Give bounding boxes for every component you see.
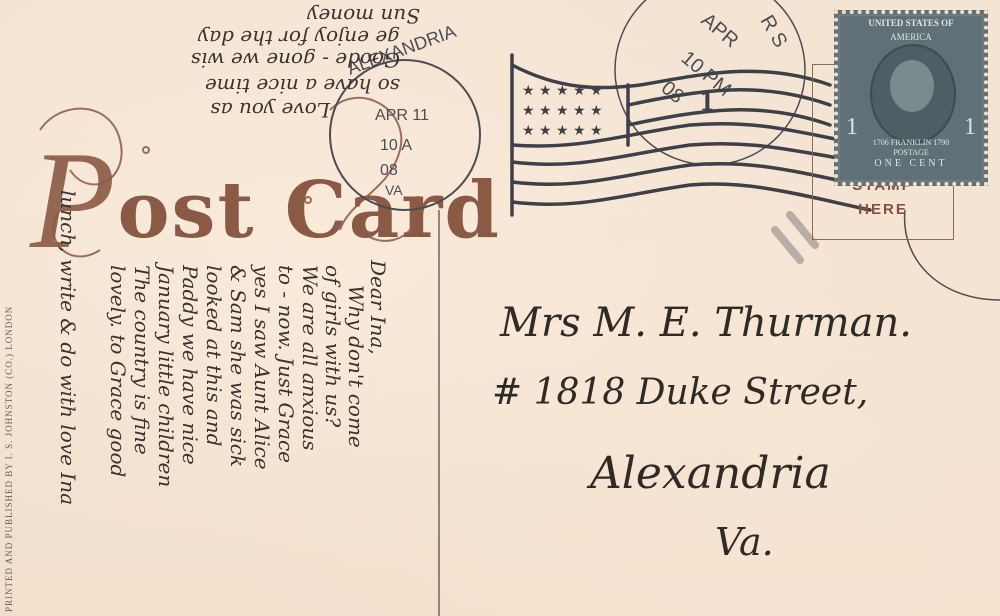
message-line: yes I saw Aunt Alice (250, 265, 274, 470)
stamp-box-line2: HERE (813, 201, 953, 218)
message-line: of girls with us? (321, 265, 345, 427)
svg-text:★ ★ ★ ★ ★: ★ ★ ★ ★ ★ (522, 103, 603, 119)
message-line: Why don't come (344, 285, 368, 448)
svg-text:APR: APR (697, 9, 743, 52)
message-salutation: Dear Ina, (366, 260, 390, 355)
message-line: to - now. Just Grace (274, 265, 298, 463)
message-upside-line: Sun money (307, 4, 420, 28)
postcard-back: Post Card ALEXANDRIA APR 11 10 A 08 VA (0, 0, 1000, 616)
message-upside-line: Goode - gone we wis (191, 48, 400, 72)
postmark-date-3: 08 (380, 162, 398, 179)
postage-stamp: UNITED STATES OF AMERICA 1 1 1706 FRANKL… (834, 10, 988, 186)
postmark-date-1: APR 11 (375, 107, 429, 124)
message-line: Paddy we have nice (178, 265, 202, 465)
message-line: lovely. to Grace good (106, 265, 130, 477)
message-line: lunch, write & do with love Ina (56, 190, 80, 505)
publisher-imprint: PRINTED AND PUBLISHED BY I. S. JOHNSTON … (4, 306, 14, 612)
stamp-denomination-right: 1 (964, 114, 976, 141)
postmark-date-4: VA (385, 182, 403, 198)
stamp-value: ONE CENT (848, 158, 974, 169)
svg-text:★ ★ ★ ★ ★: ★ ★ ★ ★ ★ (522, 123, 603, 139)
message-line: & Sam she was sick (226, 265, 250, 467)
flag-number: 1 (700, 86, 714, 117)
flag-stars-icon: ★ ★ ★ ★ ★ ★ ★ ★ ★ ★ ★ ★ ★ ★ ★ (522, 83, 603, 139)
address-line-1: Mrs M. E. Thurman. (500, 300, 912, 346)
message-upside-line: ge enjoy for the day (198, 26, 400, 50)
message-line: The country is fine (130, 265, 154, 455)
stamp-country: UNITED STATES OF (846, 18, 976, 28)
center-divider (438, 210, 440, 616)
stamp-portrait-name: 1706 FRANKLIN 1790 (852, 138, 970, 147)
address-line-3: Alexandria (590, 448, 831, 499)
message-upside-line: Love you as (210, 98, 330, 122)
svg-text:★ ★ ★ ★ ★: ★ ★ ★ ★ ★ (522, 83, 603, 99)
stamp-denomination-left: 1 (846, 114, 858, 141)
address-line-2: # 1818 Duke Street, (492, 372, 868, 413)
message-line: We are all anxious (298, 265, 322, 451)
stamp-postage-label: POSTAGE (852, 148, 970, 157)
franklin-portrait-icon (890, 60, 934, 112)
message-line: looked at this and (202, 265, 226, 446)
stamp-country-2: AMERICA (846, 32, 976, 42)
message-line: January little children (154, 265, 178, 487)
postmark-date-2: 10 A (380, 137, 412, 154)
address-line-4: Va. (715, 520, 774, 564)
message-upside-line: so have a nice time (205, 74, 400, 98)
svg-text:R S: R S (756, 12, 792, 52)
